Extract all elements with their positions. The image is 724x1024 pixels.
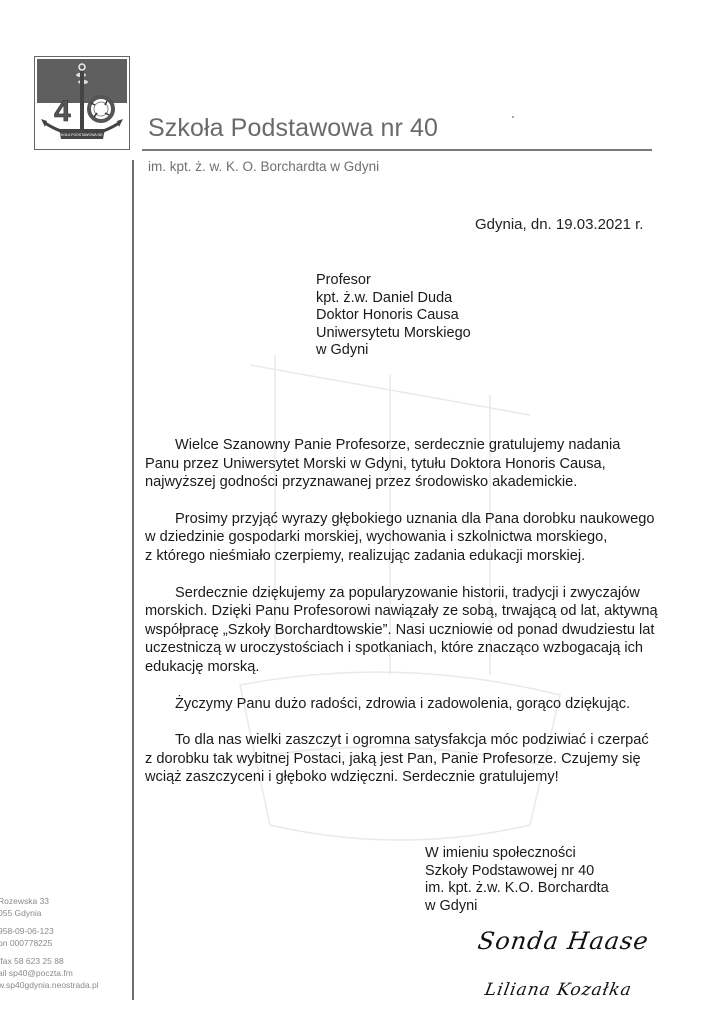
footer-contact: Rozewska 33 055 Gdynia 958-09-06-123 on … xyxy=(0,895,99,991)
letter-body: Wielce Szanowny Panie Profesorze, serdec… xyxy=(145,436,665,805)
school-name: Szkoła Podstawowa nr 40 xyxy=(148,114,438,143)
signature-1: Sonda Haase xyxy=(476,927,651,955)
addressee-line: Profesor xyxy=(316,272,471,290)
letter-date: Gdynia, dn. 19.03.2021 r. xyxy=(475,216,643,233)
closing-line: im. kpt. ż.w. K.O. Borchardta xyxy=(425,880,609,898)
addressee-block: Profesor kpt. ż.w. Daniel Duda Doktor Ho… xyxy=(316,272,471,360)
body-paragraph: Prosimy przyjąć wyrazy głębokiego uznani… xyxy=(145,510,665,566)
anchor-lifebuoy-40-logo-icon: 4 SZKOŁA PODSTAWOWA NR 40 xyxy=(37,59,127,147)
addressee-line: Uniwersytetu Morskiego xyxy=(316,325,471,343)
school-subtitle: im. kpt. ż. w. K. O. Borchardta w Gdyni xyxy=(148,159,379,174)
website-line: w.sp40gdynia.neostrada.pl xyxy=(0,979,99,991)
body-paragraph: To dla nas wielki zaszczyt i ogromna sat… xyxy=(145,731,665,787)
phone-fax-line: /fax 58 623 25 88 xyxy=(0,955,99,967)
body-paragraph: Wielce Szanowny Panie Profesorze, serdec… xyxy=(145,436,665,492)
scan-speck xyxy=(512,116,514,118)
closing-block: W imieniu społeczności Szkoły Podstawowe… xyxy=(425,845,609,915)
addressee-line: kpt. ż.w. Daniel Duda xyxy=(316,290,471,308)
body-paragraph: Życzymy Panu dużo radości, zdrowia i zad… xyxy=(145,695,665,714)
closing-line: Szkoły Podstawowej nr 40 xyxy=(425,863,609,881)
left-margin-rule xyxy=(132,160,134,1000)
closing-line: w Gdyni xyxy=(425,898,609,916)
id-line: on 000778225 xyxy=(0,937,99,949)
email-line: ail sp40@poczta.fm xyxy=(0,967,99,979)
signature-2: Liliana Kozałka xyxy=(483,980,633,1000)
body-paragraph: Serdecznie dziękujemy za popularyzowanie… xyxy=(145,584,665,677)
addressee-line: Doktor Honoris Causa xyxy=(316,307,471,325)
closing-line: W imieniu społeczności xyxy=(425,845,609,863)
svg-text:SZKOŁA PODSTAWOWA NR 40: SZKOŁA PODSTAWOWA NR 40 xyxy=(57,133,108,137)
school-logo: 4 SZKOŁA PODSTAWOWA NR 40 xyxy=(34,56,130,150)
address-line: 055 Gdynia xyxy=(0,907,99,919)
header-divider xyxy=(142,149,652,151)
addressee-line: w Gdyni xyxy=(316,342,471,360)
svg-text:4: 4 xyxy=(54,95,71,128)
address-line: Rozewska 33 xyxy=(0,895,99,907)
id-line: 958-09-06-123 xyxy=(0,925,99,937)
